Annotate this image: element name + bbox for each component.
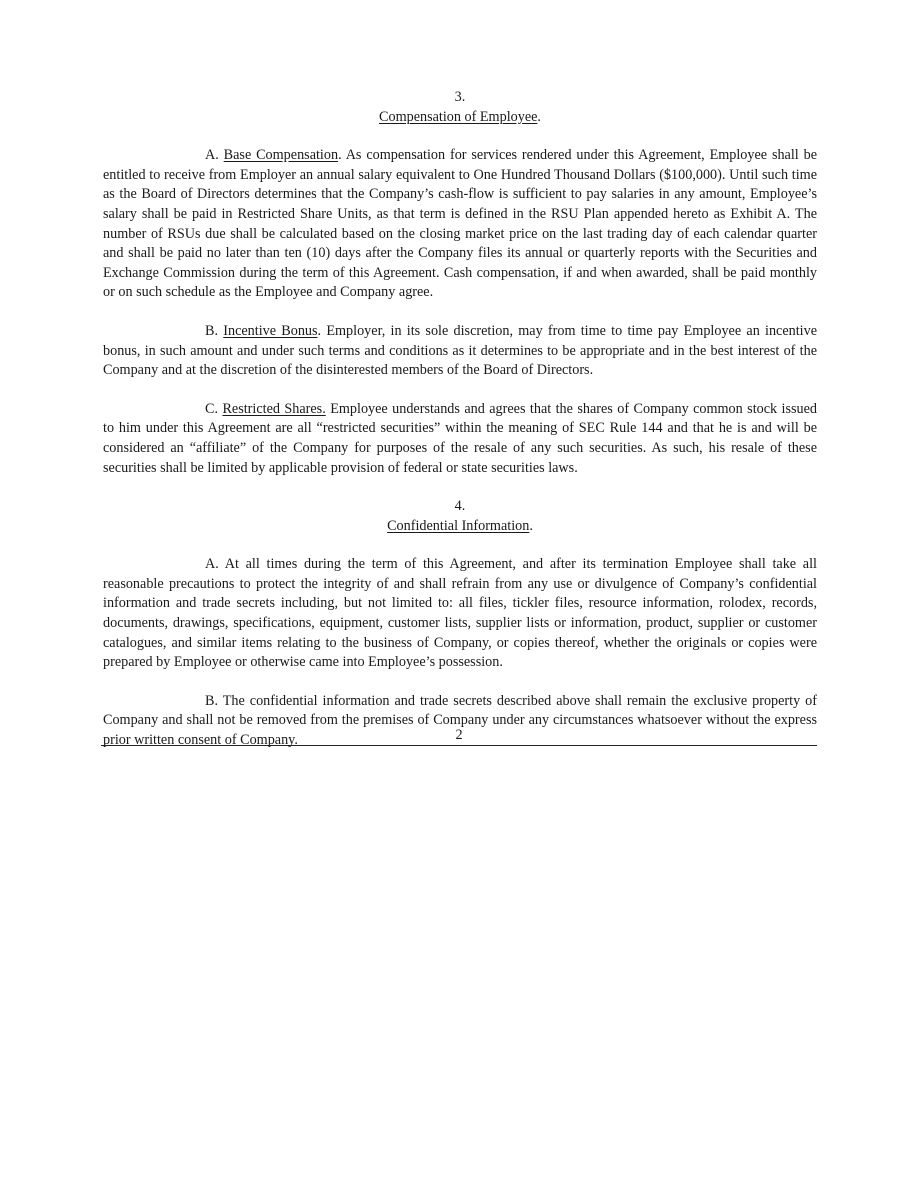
paragraph-heading: Restricted Shares.	[222, 401, 325, 417]
section-number: 4.	[103, 497, 817, 517]
paragraph-heading: Incentive Bonus	[223, 323, 317, 339]
section-compensation: 3. Compensation of Employee. A. Base Com…	[103, 88, 817, 478]
paragraph-text: As compensation for services rendered un…	[103, 147, 817, 300]
section-confidential-information: 4. Confidential Information. A. At all t…	[103, 497, 817, 751]
paragraph-base-compensation: A. Base Compensation. As compensation fo…	[103, 146, 817, 303]
paragraph-confidential-a: A. At all times during the term of this …	[103, 555, 817, 673]
paragraph-text: At all times during the term of this Agr…	[103, 556, 817, 670]
paragraph-incentive-bonus: B. Incentive Bonus. Employer, in its sol…	[103, 322, 817, 381]
footer-rule	[101, 745, 817, 746]
page-number: 2	[101, 726, 817, 744]
document-page: 3. Compensation of Employee. A. Base Com…	[103, 88, 817, 770]
page-footer: 2	[101, 726, 817, 746]
section-title: Confidential Information.	[103, 517, 817, 537]
paragraph-restricted-shares: C. Restricted Shares. Employee understan…	[103, 400, 817, 478]
paragraph-heading: Base Compensation	[224, 147, 338, 163]
section-title: Compensation of Employee.	[103, 108, 817, 128]
section-number: 3.	[103, 88, 817, 108]
